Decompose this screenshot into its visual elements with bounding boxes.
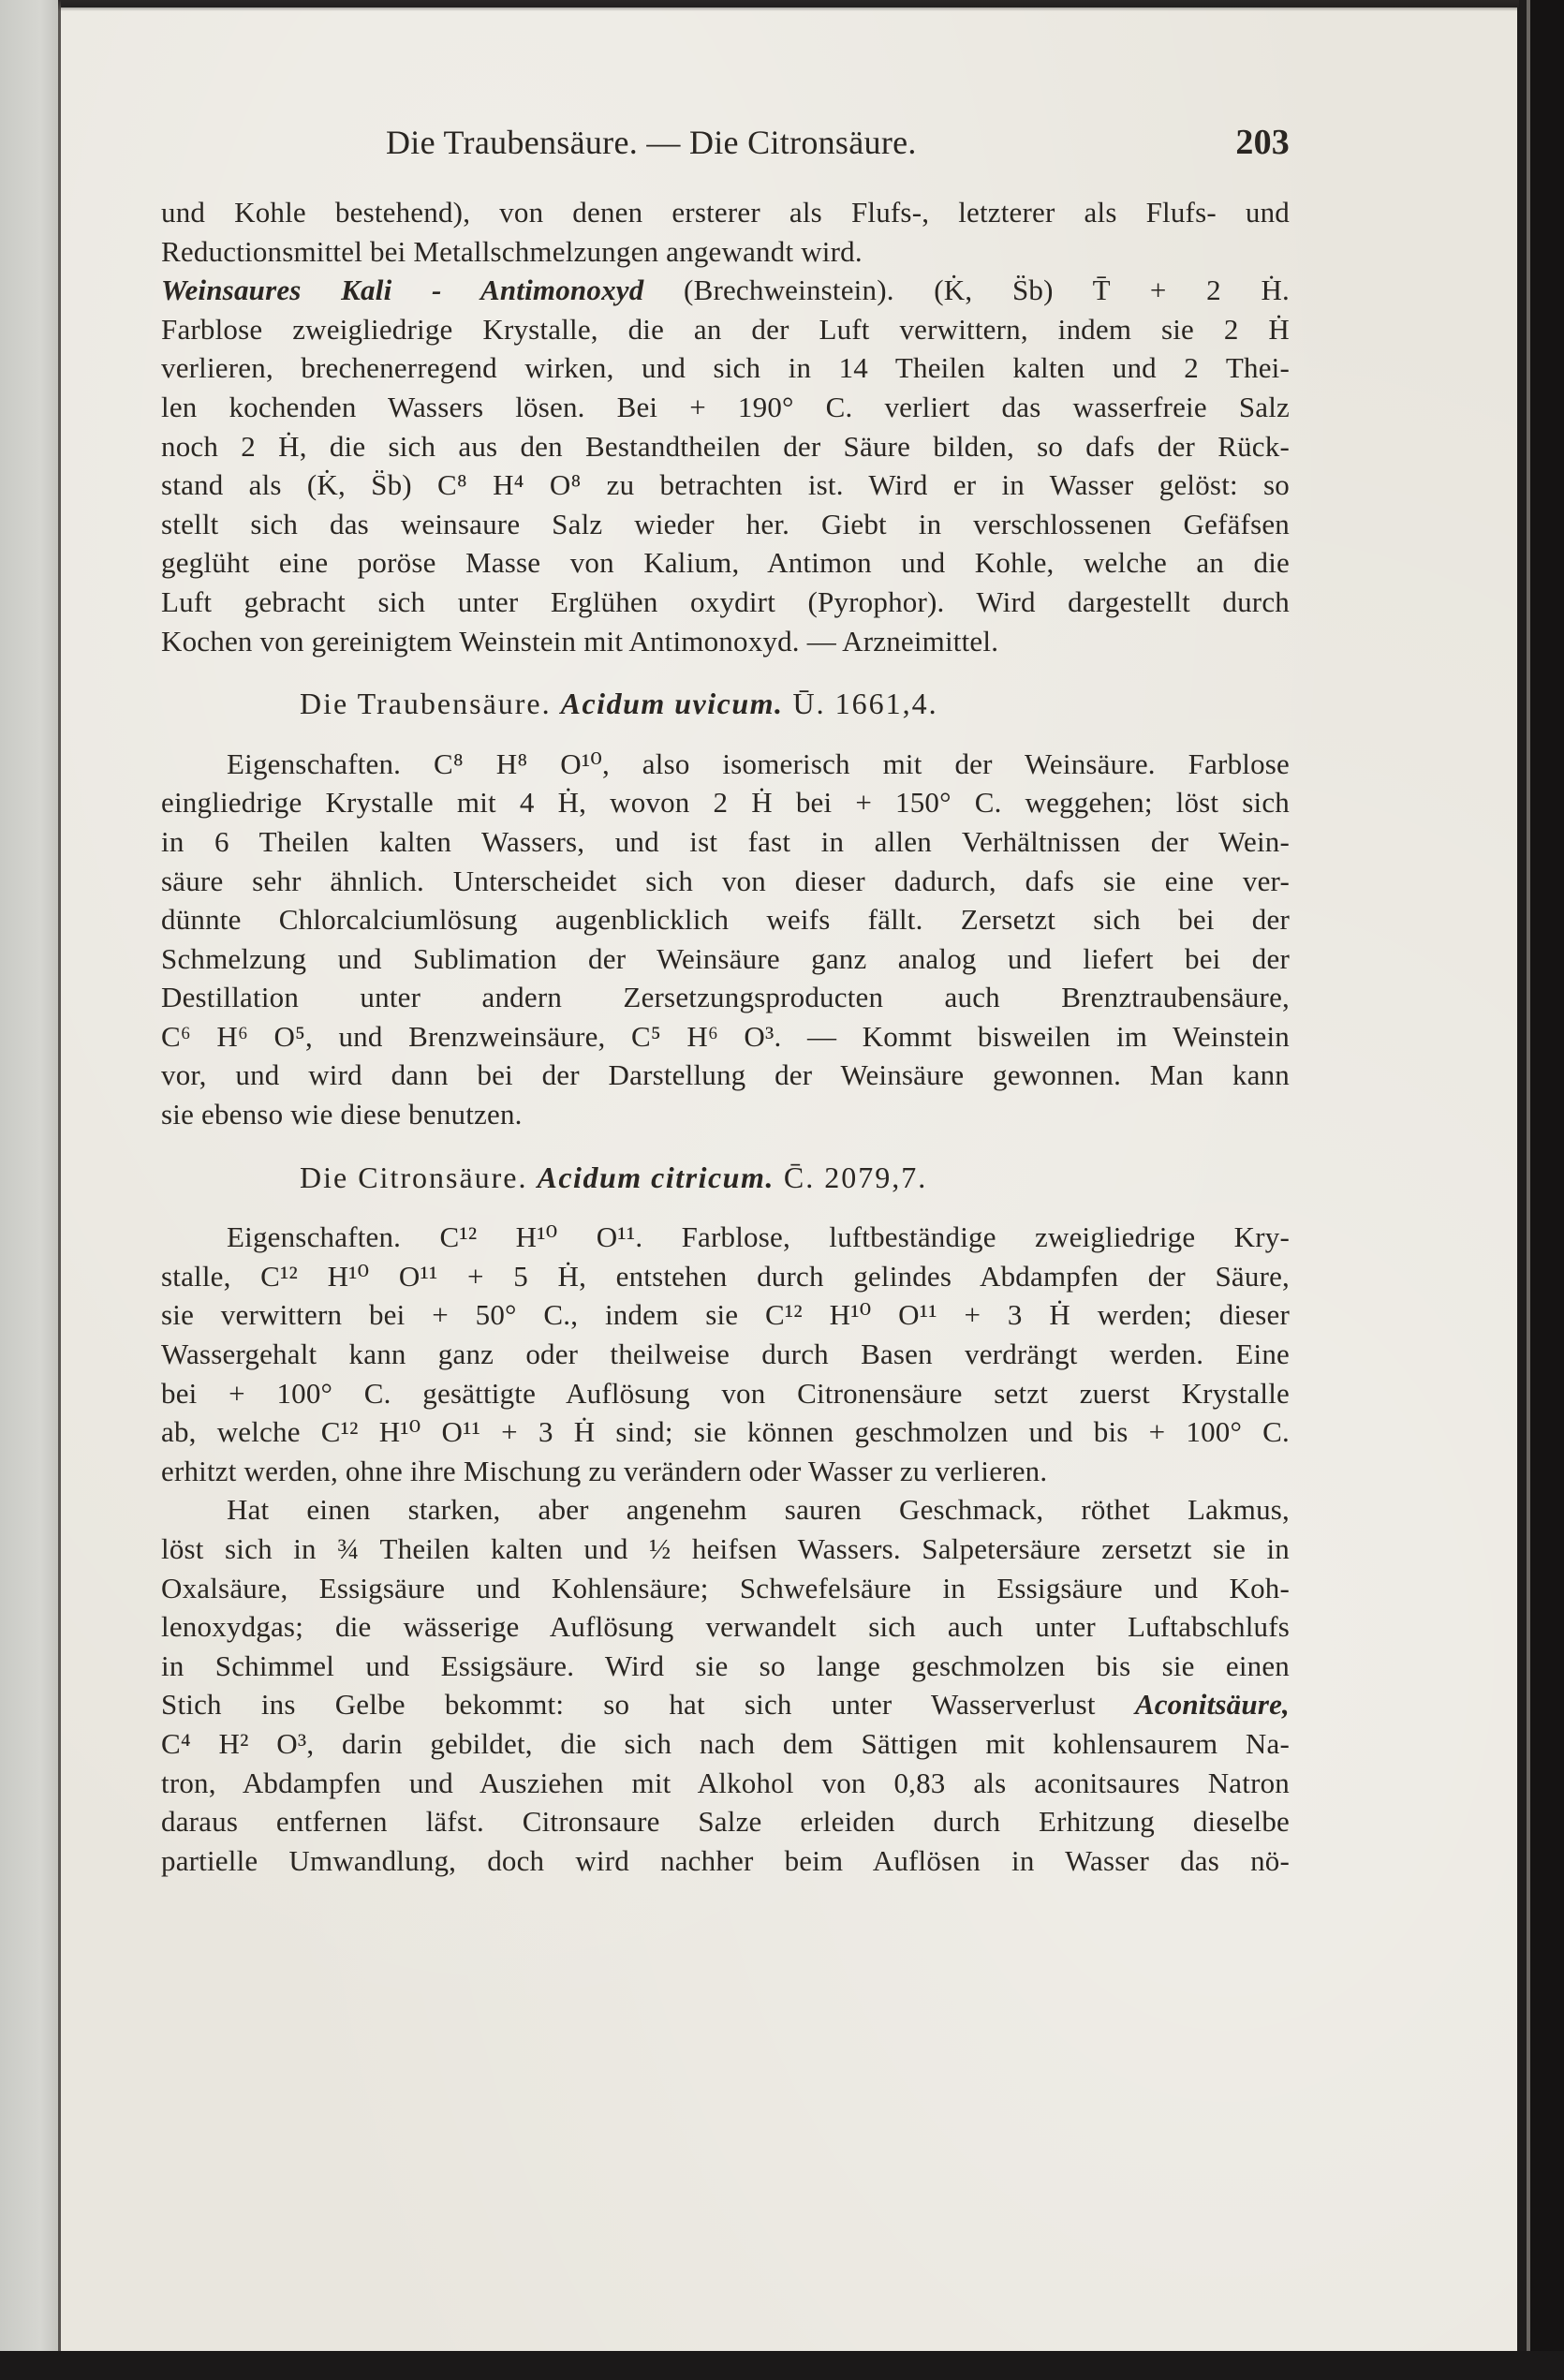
text-line: sie ebenso wie diese benutzen. (161, 1095, 1290, 1134)
text-segment: Stich ins Gelbe bekommt: so hat sich unt… (161, 1688, 1096, 1721)
citronsaeure-body: Eigenschaften. C¹² H¹⁰ O¹¹. Farblose, lu… (161, 1218, 1290, 1880)
text-line: Destillation unter andern Zersetzungspro… (161, 978, 1290, 1017)
running-header: Die Traubensäure. — Die Citronsäure. 203 (161, 124, 1290, 180)
text-line: erhitzt werden, ohne ihre Mischung zu ve… (161, 1452, 1290, 1491)
text-line: Kochen von gereinigtem Weinstein mit Ant… (161, 622, 1290, 661)
text-line: dünnte Chlorcalciumlösung augenblicklich… (161, 900, 1290, 939)
text-line: stalle, C¹² H¹⁰ O¹¹ + 5 Ḣ, entstehen dur… (161, 1257, 1290, 1296)
text-line: sie verwittern bei + 50° C., indem sie C… (161, 1295, 1290, 1335)
page-top-shadow (58, 0, 1519, 11)
section-latin-name: Acidum citricum. (538, 1160, 775, 1194)
section-symbol: Ū. (793, 687, 826, 720)
text-line: Schmelzung und Sublimation der Weinsäure… (161, 939, 1290, 979)
facing-page-edge (0, 0, 61, 2356)
section-heading-traubensaeure: Die Traubensäure. Acidum uvicum. Ū. 1661… (161, 685, 1290, 724)
text-line: stellt sich das weinsaure Salz wieder he… (161, 505, 1290, 544)
text-line: tron, Abdampfen und Ausziehen mit Alkoho… (161, 1764, 1290, 1803)
text-line: und Kohle bestehend), von denen ersterer… (161, 193, 1290, 232)
traubensaeure-body: Eigenschaften. C⁸ H⁸ O¹⁰, also isomerisc… (161, 745, 1290, 1134)
text-line: Wassergehalt kann ganz oder theilweise d… (161, 1335, 1290, 1374)
section-symbol: C̄. (784, 1160, 815, 1194)
text-line: C⁴ H² O³, darin gebildet, die sich nach … (161, 1724, 1290, 1764)
text-line: ab, welche C¹² H¹⁰ O¹¹ + 3 Ḣ sind; sie k… (161, 1412, 1290, 1452)
background-right (1527, 0, 1564, 2380)
running-title: Die Traubensäure. — Die Citronsäure. (386, 124, 917, 163)
entry-heading-italic: Weinsaures Kali - Antimonoxyd (161, 273, 643, 306)
text-line: len kochenden Wassers lösen. Bei + 190° … (161, 388, 1290, 427)
text-line: eingliedrige Krystalle mit 4 Ḣ, wovon 2 … (161, 783, 1290, 822)
text-line: stand als (K̇, S̈b) C⁸ H⁴ O⁸ zu betracht… (161, 466, 1290, 505)
text-line: in 6 Theilen kalten Wassers, und ist fas… (161, 822, 1290, 862)
text-line: partielle Umwandlung, doch wird nachher … (161, 1841, 1290, 1881)
section-atomic-weight: 1661,4. (835, 687, 938, 720)
entry-heading: Weinsaures Kali - Antimonoxyd (Brechwein… (161, 271, 1290, 310)
section-atomic-weight: 2079,7. (824, 1160, 927, 1194)
text-line: Oxalsäure, Essigsäure und Kohlensäure; S… (161, 1569, 1290, 1608)
text-line: Eigenschaften. C¹² H¹⁰ O¹¹. Farblose, lu… (161, 1218, 1290, 1257)
section-heading-citronsaeure: Die Citronsäure. Acidum citricum. C̄. 20… (161, 1159, 1290, 1198)
section-title: Die Citronsäure. (300, 1160, 528, 1194)
page-content: Die Traubensäure. — Die Citronsäure. 203… (161, 112, 1290, 1880)
text-line: vor, und wird dann bei der Darstellung d… (161, 1056, 1290, 1095)
text-line: daraus entfernen läfst. Citronsaure Salz… (161, 1802, 1290, 1841)
text-line: verlieren, brechenerregend wirken, und s… (161, 348, 1290, 388)
text-line: Eigenschaften. C⁸ H⁸ O¹⁰, also isomerisc… (161, 745, 1290, 784)
section-latin-name: Acidum uvicum. (561, 687, 784, 720)
text-line: Stich ins Gelbe bekommt: so hat sich unt… (161, 1685, 1290, 1724)
text-line: in Schimmel und Essigsäure. Wird sie so … (161, 1647, 1290, 1686)
text-line: bei + 100° C. gesättigte Auflösung von C… (161, 1374, 1290, 1413)
brechweinstein-entry: Weinsaures Kali - Antimonoxyd (Brechwein… (161, 271, 1290, 660)
entry-heading-formula: (Brechweinstein). (K̇, S̈b) T̄ + 2 Ḣ. (643, 273, 1290, 306)
aconitsaeure-term: Aconitsäure, (1135, 1688, 1290, 1721)
section-title: Die Traubensäure. (300, 687, 552, 720)
text-line: Hat einen starken, aber angenehm sauren … (161, 1490, 1290, 1530)
text-line: Farblose zweigliedrige Krystalle, die an… (161, 310, 1290, 349)
text-line: geglüht eine poröse Masse von Kalium, An… (161, 543, 1290, 583)
text-line: löst sich in ¾ Theilen kalten und ½ heif… (161, 1530, 1290, 1569)
text-line: lenoxydgas; die wässerige Auflösung verw… (161, 1607, 1290, 1647)
text-line: Reductionsmittel bei Metallschmelzungen … (161, 232, 1290, 272)
text-line: säure sehr ähnlich. Unterscheidet sich v… (161, 862, 1290, 901)
background-bottom (0, 2351, 1564, 2380)
intro-paragraph: und Kohle bestehend), von denen ersterer… (161, 193, 1290, 271)
page-right-edge (1527, 0, 1530, 2351)
text-line: noch 2 Ḣ, die sich aus den Bestandtheile… (161, 427, 1290, 466)
page-number: 203 (1235, 124, 1290, 163)
text-line: Luft gebracht sich unter Erglühen oxydir… (161, 583, 1290, 622)
text-line: C⁶ H⁶ O⁵, und Brenzweinsäure, C⁵ H⁶ O³. … (161, 1017, 1290, 1057)
